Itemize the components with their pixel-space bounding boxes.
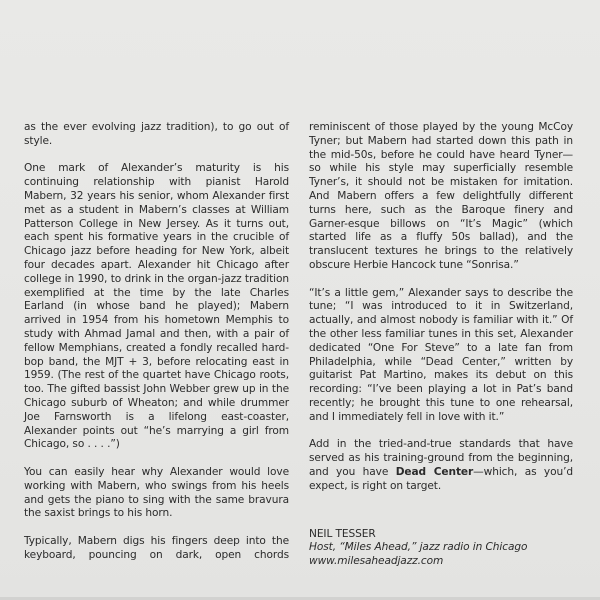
album-title-bold: Dead Center [396, 466, 473, 478]
paragraph-mccoy-tyner: reminiscent of those played by the young… [309, 121, 573, 273]
paragraph-closing: Add in the tried-and-true standards that… [309, 438, 573, 493]
author-title: Host, “Miles Ahead,” jazz radio in Chica… [309, 541, 573, 555]
author-signature: NEIL TESSER Host, “Miles Ahead,” jazz ra… [309, 528, 573, 569]
paragraph-working-with-mabern: You can easily hear why Alexander would … [24, 466, 289, 521]
author-website: www.milesaheadjazz.com [309, 555, 573, 569]
booklet-page: as the ever evolving jazz tradition), to… [0, 0, 600, 600]
paragraph-tradition-continued: as the ever evolving jazz tradition), to… [24, 121, 289, 149]
left-text-column: as the ever evolving jazz tradition), to… [24, 121, 289, 563]
author-name: NEIL TESSER [309, 528, 573, 542]
right-text-column: reminiscent of those played by the young… [309, 121, 573, 569]
paragraph-mabern-relationship: One mark of Alexander’s maturity is his … [24, 162, 289, 452]
paragraph-mabern-keyboard: Typically, Mabern digs his fingers deep … [24, 535, 289, 563]
paragraph-little-gem: “It’s a little gem,” Alexander says to d… [309, 287, 573, 425]
